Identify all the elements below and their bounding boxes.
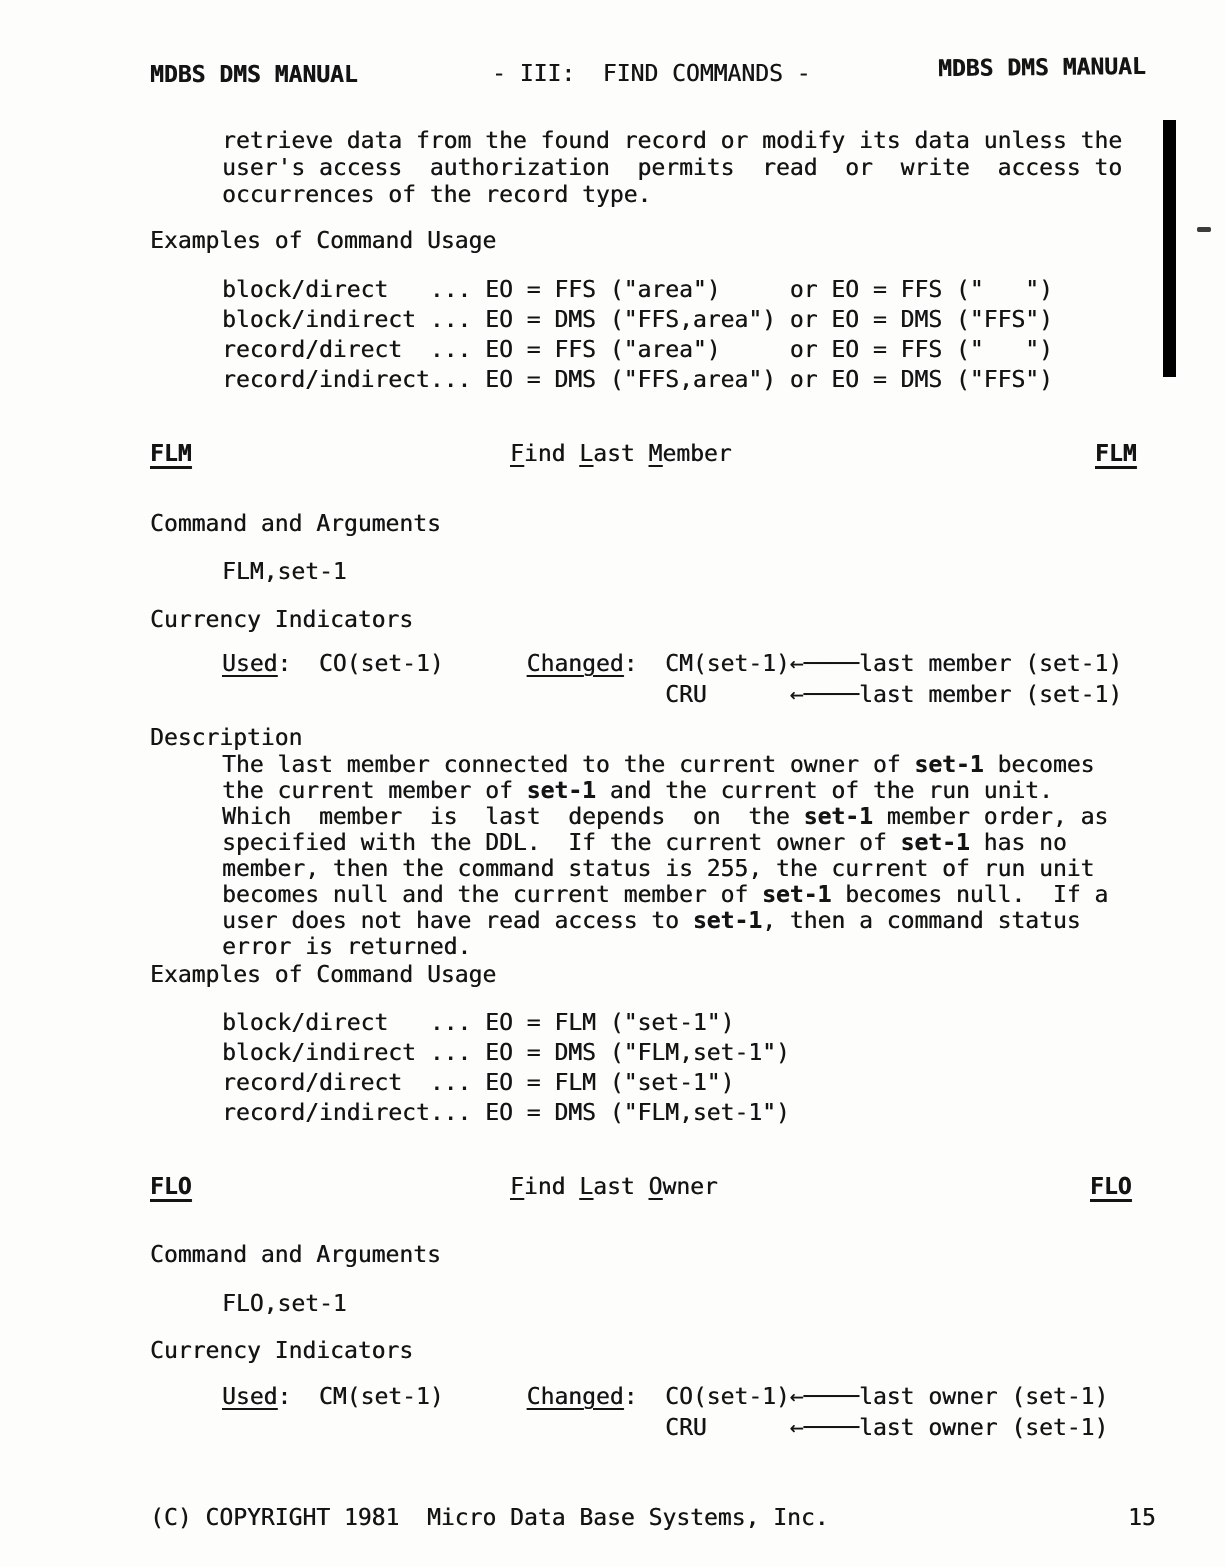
command-code-flo-left: FLO [150, 1174, 192, 1200]
currency-indicators-label-flm: Currency Indicators [150, 607, 413, 633]
description-text-flm: The last member connected to the current… [222, 752, 1108, 960]
command-code-flm-right: FLM [1095, 441, 1137, 467]
examples-code-block-ffs: block/direct ... EO = FFS ("area") or EO… [222, 275, 1053, 395]
description-label-flm: Description [150, 725, 302, 751]
footer-copyright: (C) COPYRIGHT 1981 Micro Data Base Syste… [150, 1505, 829, 1531]
revision-change-bar [1163, 120, 1176, 377]
margin-dash-mark [1197, 227, 1211, 232]
command-arguments-value-flm: FLM,set-1 [222, 559, 347, 585]
page-number: 15 [1128, 1505, 1156, 1531]
examples-heading-flm: Examples of Command Usage [150, 962, 496, 988]
intro-paragraph: retrieve data from the found record or m… [222, 128, 1122, 209]
examples-heading-ffs: Examples of Command Usage [150, 228, 496, 254]
currency-indicators-label-flo: Currency Indicators [150, 1338, 413, 1364]
command-arguments-label-flo: Command and Arguments [150, 1242, 441, 1268]
running-header-center: - III: FIND COMMANDS - [492, 61, 811, 87]
command-code-flo-right: FLO [1090, 1174, 1132, 1200]
command-code-flm-left: FLM [150, 441, 192, 467]
running-header-left: MDBS DMS MANUAL [150, 62, 358, 88]
running-header-right: MDBS DMS MANUAL [938, 54, 1146, 82]
command-title-flo: Find Last Owner [510, 1174, 718, 1200]
examples-code-block-flm: block/direct ... EO = FLM ("set-1") bloc… [222, 1008, 790, 1128]
manual-page: MDBS DMS MANUAL - III: FIND COMMANDS - M… [0, 0, 1225, 1567]
command-arguments-value-flo: FLO,set-1 [222, 1291, 347, 1317]
currency-indicators-block-flm: Used: CO(set-1) Changed: CM(set-1)←────l… [222, 649, 1122, 711]
command-title-flm: Find Last Member [510, 441, 732, 467]
currency-indicators-block-flo: Used: CM(set-1) Changed: CO(set-1)←────l… [222, 1382, 1108, 1444]
command-arguments-label-flm: Command and Arguments [150, 511, 441, 537]
